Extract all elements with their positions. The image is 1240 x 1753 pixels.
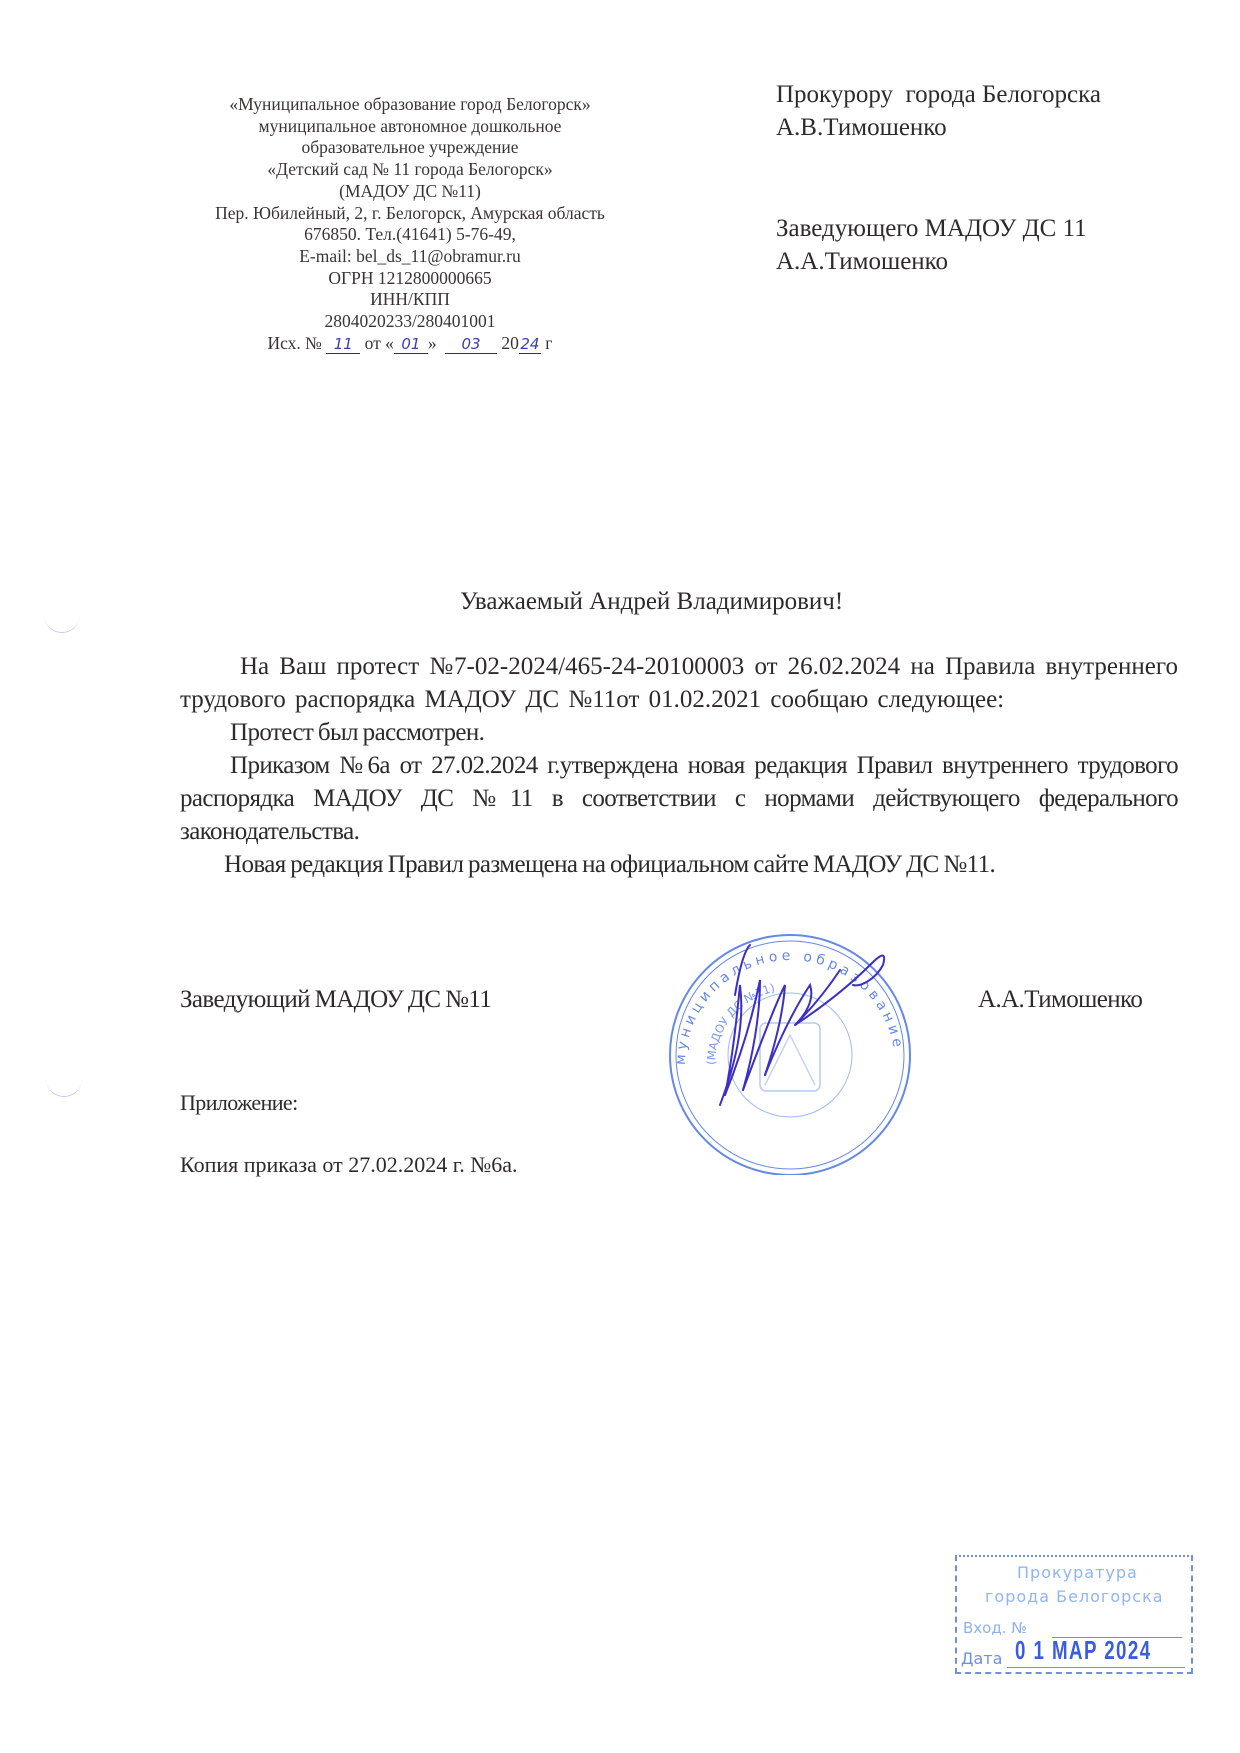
signatory-name: А.А.Тимошенко <box>978 986 1142 1014</box>
signature-scribble <box>720 945 884 1105</box>
addressee-block: Прокурору города Белогорска А.В.Тимошенк… <box>776 78 1101 278</box>
letterhead-line: муниципальное автономное дошкольное <box>160 116 660 138</box>
letterhead-address: Пер. Юбилейный, 2, г. Белогорск, Амурска… <box>160 203 660 225</box>
letterhead-phone: 676850. Тел.(41641) 5-76-49, <box>160 224 660 246</box>
body-paragraph: Приказом №6а от 27.02.2024 г.утверждена … <box>180 749 1178 848</box>
stamp-org-line1: Прокуратура <box>1017 1563 1138 1582</box>
punch-hole-bottom <box>46 1078 82 1097</box>
outgoing-year-suffix: 24 <box>519 336 541 354</box>
body-paragraph: Протест был рассмотрен. <box>180 716 1178 749</box>
outgoing-number-line: Исх. № 11 от «01» 03 2024 г <box>160 333 660 355</box>
letterhead-inn-value: 2804020233/280401001 <box>160 311 660 333</box>
outgoing-month: 03 <box>445 336 497 354</box>
body-paragraph: Новая редакция Правил размещена на офици… <box>180 848 1178 881</box>
letterhead-line: образовательное учреждение <box>160 137 660 159</box>
letterhead-line: «Детский сад № 11 города Белогорск» <box>160 159 660 181</box>
outgoing-day: 01 <box>394 336 428 354</box>
outgoing-from-label: от « <box>365 333 394 353</box>
letter-body: На Ваш протест №7-02-2024/465-24-2010000… <box>180 650 1178 881</box>
attachment-label: Приложение: <box>180 1090 298 1116</box>
outgoing-year-prefix: 20 <box>501 333 519 353</box>
stamp-date-label: Дата <box>961 1649 1002 1668</box>
incoming-registration-stamp: Прокуратура города Белогорска Вход. № Да… <box>955 1555 1193 1674</box>
sender-title: Заведующего МАДОУ ДС 11 <box>776 212 1101 245</box>
letterhead-ogrn: ОГРН 1212800000665 <box>160 268 660 290</box>
attachment-item: Копия приказа от 27.02.2024 г. №6а. <box>180 1152 518 1178</box>
letterhead: «Муниципальное образование город Белогор… <box>160 94 660 354</box>
recipient-name: А.В.Тимошенко <box>776 111 1101 144</box>
stamp-date-line <box>1007 1667 1185 1668</box>
salutation: Уважаемый Андрей Владимирович! <box>460 588 843 616</box>
letterhead-line: (МАДОУ ДС №11) <box>160 181 660 203</box>
outgoing-close-quote: » <box>428 333 437 353</box>
letterhead-email: E-mail: bel_ds_11@obramur.ru <box>160 246 660 268</box>
sender-name: А.А.Тимошенко <box>776 245 1101 278</box>
stamp-date-value: 0 1 MAP 2024 <box>1015 1635 1152 1666</box>
outgoing-year-unit: г <box>545 333 552 353</box>
recipient-title: Прокурору города Белогорска <box>776 78 1101 111</box>
body-paragraph: На Ваш протест №7-02-2024/465-24-2010000… <box>180 650 1178 716</box>
stamp-org-line2: города Белогорска <box>985 1587 1164 1606</box>
signatory-position: Заведующий МАДОУ ДС №11 <box>180 986 491 1014</box>
outgoing-prefix: Исх. № <box>268 333 322 353</box>
official-seal: муниципальное образование (МАДОУ ДС №11) <box>625 905 955 1175</box>
punch-hole-top <box>44 614 80 633</box>
outgoing-number: 11 <box>326 336 360 354</box>
letterhead-inn-label: ИНН/КПП <box>160 289 660 311</box>
letterhead-line: «Муниципальное образование город Белогор… <box>160 94 660 116</box>
